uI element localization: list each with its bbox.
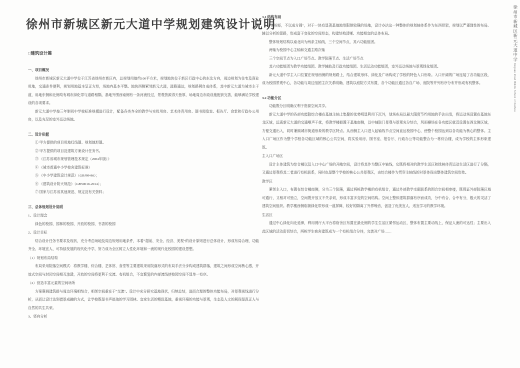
section-heading: 三、总体规划设计说明 [28, 203, 259, 211]
list-item: ⑤ 《中小学建筑设计规范》（GBJ99-86）； [28, 172, 259, 180]
paragraph: 两轴为校园中心主轴和交通主路次轴 [262, 46, 491, 54]
sub-heading: 主入口广场区 [262, 152, 491, 160]
section-heading: 3.2 功能分区 [262, 94, 491, 102]
paragraph: 徐州市新城区新元大道中学位于江苏省徐州市新区内，总规划用地约100平方米，规划地… [28, 74, 259, 107]
side-vertical-caption-text: 徐州市新城区新元大道中学 Xinyuan Road Middle School … [512, 5, 518, 105]
paragraph: 新元大道中学主入口位置在规划西侧的规划路上，结合建筑形体、绿化及广场构成了学校的… [262, 71, 491, 88]
right-column: 3.1 结构布局“无规矩，不以成方圆”，对于一块有显著基地地形限制较强的场地，设… [262, 13, 491, 353]
list-item: ⑥ 《建筑设计防火规范》（GB50016-2014）； [28, 180, 259, 188]
lede-line: 绿色的校园、园林的校园、开放的校园、书香的校园 [28, 220, 259, 228]
sub-heading: （1）规划布局结构 [28, 254, 259, 262]
side-caption-chinese: 徐州市新城区新元大道中学 [513, 5, 518, 62]
section-heading: 一、项目概况 [28, 66, 259, 74]
section-heading: 3.1 结构布局 [262, 13, 491, 21]
section-heading: 二、设计依据 [28, 130, 259, 138]
left-column-text: 一、项目概况徐州市新城区新元大道中学位于江苏省徐州市新区内，总规划用地约100平… [28, 66, 259, 321]
paragraph: 布局采用院落空间模式：将教学楼、综合楼、艺体馆、食堂等主要建筑采用院落形式的布局… [28, 262, 259, 279]
paragraph: “无规矩，不以成方圆”，对于一块有显著基地地形限制较强的场地，设计办法这一种整体… [262, 21, 491, 38]
sub-heading: （2）营造丰富元素的空间场所 [28, 279, 259, 287]
list-item: ③ 《江苏省城市规划管理技术规定（2004年版）》 [28, 155, 259, 163]
paragraph: 方案强调建筑群与周边环境相结合，相邻空间重在于“交流”。设计中充分研究基地现状，… [28, 287, 259, 312]
list-item: ④ 《城市普通中小学校舍建筑标准》 [28, 163, 259, 171]
sub-heading: 1、设计理念 [28, 212, 259, 220]
list-item: ⑦ 国家与江苏省其他规范、规定及有关资料； [28, 188, 259, 196]
chapter-label-wrap: □建筑设计篇 [28, 49, 148, 59]
sub-heading: 生活区 [262, 211, 491, 219]
list-item: ② 甲方提供的项目及建筑方案设计任务书。 [28, 147, 259, 155]
sub-heading: 2、设计目标 [28, 229, 259, 237]
side-caption-english: Xinyuan Road Middle School of Xuzhou [514, 63, 517, 112]
paragraph: 紧邻主入口，布置在综合楼南侧，分为三个院落，通过两栋教学楼的有机组合，通过外部教… [262, 186, 491, 211]
paragraph: 通过中心绿化向北延伸，利用餐厅大平台将宿舍区布置在最北侧的学生生活区紧邻运动区，… [262, 219, 491, 236]
paragraph: 三个空间节点为入口广场节点、教学院落节点、生活广场节点 [262, 54, 491, 62]
side-vertical-caption: 徐州市新城区新元大道中学 Xinyuan Road Middle School … [498, 5, 518, 135]
paragraph: 新元大道中学按三年制初中学校标准规模进行设计，配备各类齐全的教学与实验用房、艺术… [28, 107, 259, 124]
paragraph: 功能既分区明确又利于资源空间共享。 [262, 102, 491, 110]
sub-heading: 3、竖向分析 [28, 313, 259, 321]
list-item: ① 甲方提供的项目用地红线图、规划地形图。 [28, 139, 259, 147]
paragraph: 新元大道中学的各部功能除综合楼在基地主轴上集聚的优势明显利用下沉外，球场布局以最… [262, 110, 491, 151]
paragraph: 设计主体建筑为综合楼以及入口中心广场的开敞空间，设计将其作为整区中轴线，它既将相… [262, 160, 491, 177]
right-column-text: 3.1 结构布局“无规矩，不以成方圆”，对于一块有显著基地地形限制较强的场地，设… [262, 13, 491, 236]
sub-heading: 教学区 [262, 177, 491, 185]
paragraph: 整体规划结构以南北向为两条主轴线，三个空间节点，其六功能组团。 [262, 38, 491, 46]
document-title: 徐州市新城区新元大道中学规划建筑设计说明 [26, 16, 262, 32]
paragraph: 其六功能组团为教学功能组团、教学辅助及行政功能组团、生活运动功能组团，室外运动场… [262, 63, 491, 71]
left-column: 一、项目概况徐州市新城区新元大道中学位于江苏省徐州市新区内，总规划用地约100平… [28, 66, 259, 356]
chapter-label: □建筑设计篇 [28, 49, 148, 58]
paragraph: 结合设计任务书要求及现状，充分考虑场地及周边规划用地条件，本着“超前、安全、经济… [28, 237, 259, 254]
